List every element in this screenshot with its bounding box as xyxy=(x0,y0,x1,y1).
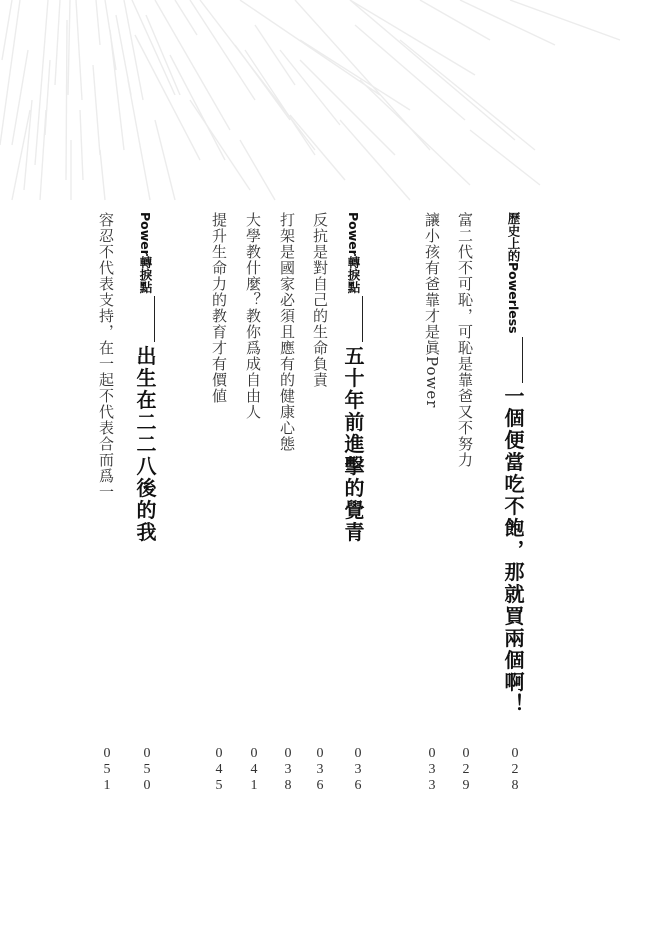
toc-entry[interactable]: 容忍不代表支持，在一起不代表合而爲一 xyxy=(98,212,113,500)
page-digit: 6 xyxy=(313,778,327,794)
section-label: 歷史上的Powerless xyxy=(506,212,521,334)
em-dash xyxy=(522,337,523,383)
page-digit: 3 xyxy=(425,778,439,794)
toc-entry[interactable]: 富二代不可恥，可恥是靠爸又不努力 xyxy=(457,212,472,468)
page-digit: 5 xyxy=(100,762,114,778)
page-number: 029 xyxy=(459,746,473,794)
page-number: 045 xyxy=(212,746,226,794)
page-digit: 0 xyxy=(425,746,439,762)
page-number: 050 xyxy=(140,746,154,794)
toc-section-heading[interactable]: Power轉捩點五十年前進擊的覺青 xyxy=(343,212,363,543)
page-digit: 3 xyxy=(425,762,439,778)
toc-entry[interactable]: 大學教什麼？教你爲成自由人 xyxy=(245,212,260,420)
page-digit: 4 xyxy=(247,762,261,778)
toc-section-heading[interactable]: 歷史上的Powerless一個便當吃不飽，那就買兩個啊！ xyxy=(503,212,523,716)
page-digit: 4 xyxy=(212,762,226,778)
page-number: 051 xyxy=(100,746,114,794)
page-digit: 5 xyxy=(212,778,226,794)
em-dash xyxy=(362,296,363,342)
page-digit: 3 xyxy=(281,762,295,778)
section-title: 出生在二二八後的我 xyxy=(133,345,157,543)
page-digit: 6 xyxy=(351,778,365,794)
page-digit: 0 xyxy=(212,746,226,762)
toc-entry[interactable]: 打架是國家必須且應有的健康心態 xyxy=(279,212,294,452)
page-number: 028 xyxy=(508,746,522,794)
page-digit: 1 xyxy=(247,778,261,794)
section-title: 一個便當吃不飽，那就買兩個啊！ xyxy=(501,386,525,716)
page-number: 041 xyxy=(247,746,261,794)
page-digit: 0 xyxy=(281,746,295,762)
toc-section-heading[interactable]: Power轉捩點出生在二二八後的我 xyxy=(135,212,155,543)
section-title: 五十年前進擊的覺青 xyxy=(341,345,365,543)
page-digit: 2 xyxy=(508,762,522,778)
toc-entry[interactable]: 提升生命力的教育才有價値 xyxy=(211,212,226,404)
page-digit: 0 xyxy=(140,746,154,762)
page-digit: 0 xyxy=(508,746,522,762)
toc-entry[interactable]: 反抗是對自己的生命負責 xyxy=(312,212,327,388)
section-label: Power轉捩點 xyxy=(138,212,153,293)
page-digit: 0 xyxy=(351,746,365,762)
page-digit: 0 xyxy=(459,746,473,762)
page-number: 038 xyxy=(281,746,295,794)
page-digit: 0 xyxy=(247,746,261,762)
page-digit: 0 xyxy=(313,746,327,762)
toc-entry[interactable]: 讓小孩有爸靠才是眞Power xyxy=(424,212,439,408)
page-number: 036 xyxy=(351,746,365,794)
page-digit: 1 xyxy=(100,778,114,794)
page-number: 036 xyxy=(313,746,327,794)
page-digit: 0 xyxy=(140,778,154,794)
page-number: 033 xyxy=(425,746,439,794)
section-label: Power轉捩點 xyxy=(346,212,361,293)
page-digit: 3 xyxy=(313,762,327,778)
page-digit: 8 xyxy=(508,778,522,794)
page-digit: 9 xyxy=(459,778,473,794)
em-dash xyxy=(154,296,155,342)
page-digit: 5 xyxy=(140,762,154,778)
page-digit: 0 xyxy=(100,746,114,762)
page-digit: 2 xyxy=(459,762,473,778)
page-digit: 8 xyxy=(281,778,295,794)
page-digit: 3 xyxy=(351,762,365,778)
